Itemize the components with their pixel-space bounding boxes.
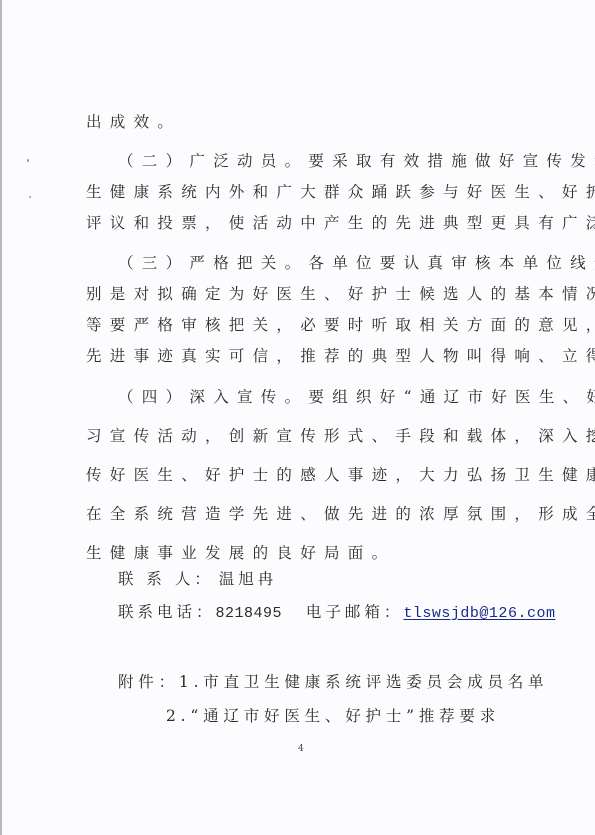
attachment-item: 1.市直卫生健康系统评选委员会成员名单: [179, 673, 549, 691]
attachment-row-2: 2.“通辽市好医生、好护士”推荐要求: [166, 707, 500, 725]
attachment-item: 2.“通辽市好医生、好护士”推荐要求: [166, 707, 500, 725]
contact-person-name: 温旭冉: [219, 570, 278, 588]
attachments-label: 附件：: [118, 673, 179, 691]
email-label: 电子邮箱：: [306, 603, 404, 621]
contact-person-row: 联 系 人： 温旭冉: [118, 570, 277, 588]
paragraph-line: 出成效。: [86, 113, 181, 131]
contact-info-row: 联系电话：8218495 电子邮箱：tlswsjdb@126.com: [118, 603, 555, 623]
section-heading-line: （二）广泛动员。要采取有效措施做好宣传发动，动员卫: [118, 152, 595, 170]
paragraph-line: 传好医生、好护士的感人事迹，大力弘扬卫生健康职业精神，: [86, 466, 595, 484]
scan-artifact: [27, 159, 29, 162]
paragraph-line: 等要严格审核把关，必要时听取相关方面的意见，确保报送的: [86, 316, 595, 334]
scan-artifact: [29, 196, 31, 198]
phone-number: 8218495: [216, 605, 283, 622]
page-number: 4: [298, 744, 304, 754]
paragraph-line: 评议和投票，使活动中产生的先进典型更具有广泛性和代表性。: [86, 214, 595, 232]
paragraph-line: 生健康事业发展的良好局面。: [86, 544, 395, 562]
section-heading-line: （四）深入宣传。要组织好“通辽市好医生、好护士”学: [118, 388, 595, 406]
paragraph-line: 习宣传活动，创新宣传形式、手段和载体，深入挖掘和广泛宣: [86, 427, 595, 445]
paragraph-line: 在全系统营造学先进、做先进的浓厚氛围，形成全社会支持卫: [86, 505, 595, 523]
contact-person-label: 联 系 人：: [118, 570, 214, 588]
paragraph-line: 别是对拟确定为好医生、好护士候选人的基本情况和主要事迹: [86, 285, 595, 303]
paragraph-line: 先进事迹真实可信，推荐的典型人物叫得响、立得住、树得牢。: [86, 347, 595, 365]
section-heading-line: （三）严格把关。各单位要认真审核本单位线索材料，特: [118, 254, 595, 272]
phone-label: 联系电话：: [118, 603, 216, 621]
paragraph-line: 生健康系统内外和广大群众踊跃参与好医生、好护士的推荐、: [86, 183, 595, 201]
attachment-row-1: 附件：1.市直卫生健康系统评选委员会成员名单: [118, 673, 548, 691]
document-page: 出成效。 （二）广泛动员。要采取有效措施做好宣传发动，动员卫 生健康系统内外和广…: [0, 0, 595, 835]
email-link[interactable]: tlswsjdb@126.com: [403, 605, 555, 622]
